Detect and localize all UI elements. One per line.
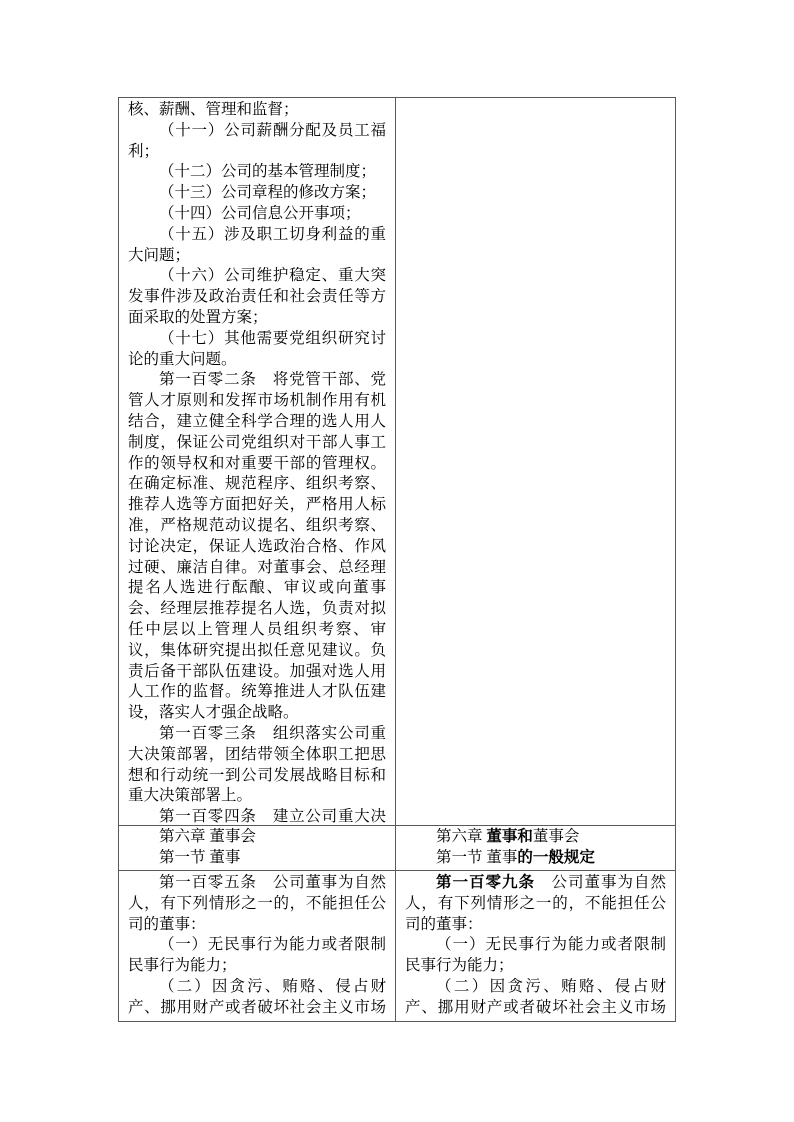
- paragraph: （二）因贪污、贿赂、侵占财产、挪用财产或者破坏社会主义市场经济秩序，被判处刑罚，…: [128, 977, 386, 1019]
- text-run: 董事会: [533, 828, 580, 845]
- text-run: （十二）公司的基本管理制度；: [159, 163, 376, 180]
- paragraph: （十二）公司的基本管理制度；: [128, 162, 386, 183]
- cell-revised-article-109: 第一百零九条 公司董事为自然人，有下列情形之一的，不能担任公司的董事：（一）无民…: [396, 871, 676, 1022]
- cell-original-party-clauses: 核、薪酬、管理和监督；（十一）公司薪酬分配及员工福利；（十二）公司的基本管理制度…: [119, 98, 396, 826]
- text-run: 第六章: [436, 828, 486, 845]
- text-run: （十六）公司维护稳定、重大突发事件涉及政治责任和社会责任等方面采取的处置方案；: [128, 267, 386, 326]
- cell-content: [405, 100, 666, 823]
- cell-original-article-105: 第一百零五条 公司董事为自然人，有下列情形之一的，不能担任公司的董事：（一）无民…: [119, 871, 396, 1022]
- paragraph: （十四）公司信息公开事项；: [128, 204, 386, 225]
- text-run: （十五）涉及职工切身利益的重大问题；: [128, 226, 386, 264]
- paragraph: （十五）涉及职工切身利益的重大问题；: [128, 225, 386, 267]
- paragraph: 第一百零四条 建立公司重大决策执行情况督查制度，定期开展督促检查，对公司不符合党…: [128, 807, 386, 823]
- text-run: 第一节 董事: [436, 849, 517, 866]
- cell-content: 第六章 董事和董事会第一节 董事的一般规定: [405, 827, 666, 869]
- cell-revised-chapter-heading: 第六章 董事和董事会第一节 董事的一般规定: [396, 826, 676, 871]
- paragraph: 第六章 董事和董事会: [405, 827, 666, 848]
- cell-content: 核、薪酬、管理和监督；（十一）公司薪酬分配及员工福利；（十二）公司的基本管理制度…: [128, 100, 386, 823]
- text-run: （二）因贪污、贿赂、侵占财产、挪用财产或者破坏社会主义市场经济秩序，被判处刑罚，…: [405, 978, 666, 1019]
- paragraph: 核、薪酬、管理和监督；: [128, 100, 386, 121]
- text-run: 核、薪酬、管理和监督；: [128, 101, 299, 118]
- cell-content: 第六章 董事会第一节 董事: [128, 827, 386, 869]
- paragraph: 第一百零五条 公司董事为自然人，有下列情形之一的，不能担任公司的董事：: [128, 873, 386, 935]
- text-run: （十一）公司薪酬分配及员工福利；: [128, 122, 386, 160]
- text-run: （十四）公司信息公开事项；: [159, 205, 361, 222]
- text-run: 第一百零二条 将党管干部、党管人才原则和发挥市场机制作用有机结合，建立健全科学合…: [128, 371, 386, 721]
- text-run: 第六章 董事会: [159, 828, 256, 845]
- text-run: （二）因贪污、贿赂、侵占财产、挪用财产或者破坏社会主义市场经济秩序，被判处刑罚，: [128, 978, 386, 1019]
- paragraph: 第一百零九条 公司董事为自然人，有下列情形之一的，不能担任公司的董事：: [405, 873, 666, 935]
- cell-content: 第一百零九条 公司董事为自然人，有下列情形之一的，不能担任公司的董事：（一）无民…: [405, 873, 666, 1019]
- paragraph: （一）无民事行为能力或者限制民事行为能力；: [405, 935, 666, 977]
- text-run: （一）无民事行为能力或者限制民事行为能力；: [128, 936, 386, 974]
- text-run: 第一节 董事: [159, 849, 240, 866]
- cell-revised-empty: [396, 98, 676, 826]
- paragraph: （十六）公司维护稳定、重大突发事件涉及政治责任和社会责任等方面采取的处置方案；: [128, 266, 386, 328]
- table-row-party-clauses: 核、薪酬、管理和监督；（十一）公司薪酬分配及员工福利；（十二）公司的基本管理制度…: [119, 98, 676, 826]
- inserted-text-run: 第一百零九条: [436, 874, 535, 891]
- paragraph: （十七）其他需要党组织研究讨论的重大问题。: [128, 329, 386, 371]
- cell-content: 第一百零五条 公司董事为自然人，有下列情形之一的，不能担任公司的董事：（一）无民…: [128, 873, 386, 1019]
- paragraph: （一）无民事行为能力或者限制民事行为能力；: [128, 935, 386, 977]
- paragraph: （十一）公司薪酬分配及员工福利；: [128, 121, 386, 163]
- paragraph: （二）因贪污、贿赂、侵占财产、挪用财产或者破坏社会主义市场经济秩序，被判处刑罚，…: [405, 977, 666, 1019]
- cell-original-chapter-heading: 第六章 董事会第一节 董事: [119, 826, 396, 871]
- text-run: （十三）公司章程的修改方案；: [159, 184, 376, 201]
- text-run: （一）无民事行为能力或者限制民事行为能力；: [405, 936, 666, 974]
- paragraph: 第一百零二条 将党管干部、党管人才原则和发挥市场机制作用有机结合，建立健全科学合…: [128, 370, 386, 724]
- paragraph: 第六章 董事会: [128, 827, 386, 848]
- document-page: 核、薪酬、管理和监督；（十一）公司薪酬分配及员工福利；（十二）公司的基本管理制度…: [0, 0, 794, 1122]
- inserted-text-run: 的一般规定: [517, 849, 595, 866]
- text-run: 第一百零三条 组织落实公司重大决策部署，团结带领全体职工把思想和行动统一到公司发…: [128, 725, 386, 804]
- table-row-chapter-headings: 第六章 董事会第一节 董事 第六章 董事和董事会第一节 董事的一般规定: [119, 826, 676, 871]
- inserted-text-run: 董事和: [486, 828, 533, 845]
- paragraph: 第一节 董事: [128, 848, 386, 869]
- comparison-table: 核、薪酬、管理和监督；（十一）公司薪酬分配及员工福利；（十二）公司的基本管理制度…: [118, 97, 676, 1022]
- paragraph: （十三）公司章程的修改方案；: [128, 183, 386, 204]
- table-row-director-articles: 第一百零五条 公司董事为自然人，有下列情形之一的，不能担任公司的董事：（一）无民…: [119, 871, 676, 1022]
- paragraph: 第一百零三条 组织落实公司重大决策部署，团结带领全体职工把思想和行动统一到公司发…: [128, 724, 386, 807]
- paragraph: 第一节 董事的一般规定: [405, 848, 666, 869]
- text-run: 第一百零四条 建立公司重大决策执行情况督查制度，定期开展督促检查，对公司不符合党…: [128, 808, 386, 823]
- text-run: （十七）其他需要党组织研究讨论的重大问题。: [128, 330, 386, 368]
- text-run: 第一百零五条 公司董事为自然人，有下列情形之一的，不能担任公司的董事：: [128, 874, 386, 933]
